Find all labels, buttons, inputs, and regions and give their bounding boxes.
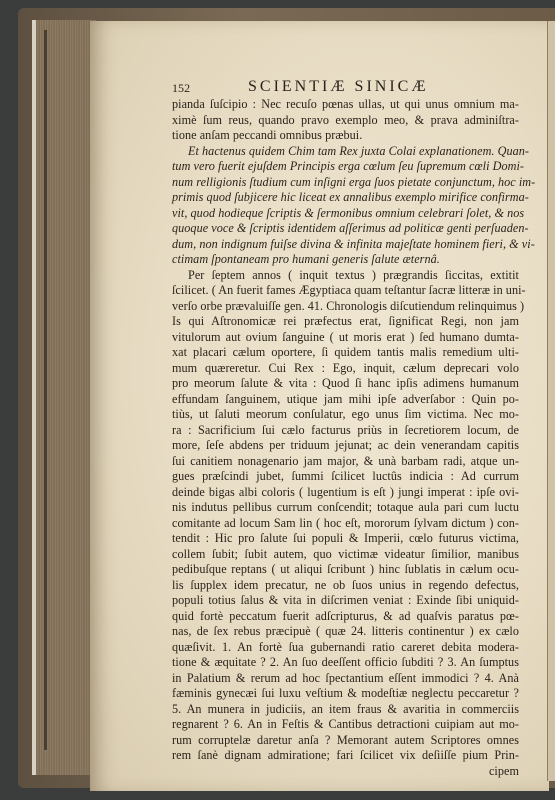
text-line: tione anſam peccandi omnibus præbui. [172, 128, 519, 144]
text-line: gues præſcindi jubet, ſummi ſcilicet luc… [172, 469, 519, 485]
text-line: ſcilicet. ( An fuerit fames Ægyptiaca qu… [172, 283, 519, 299]
text-line: quid fortè peccatum fuerit adſcripturus,… [172, 609, 519, 625]
spine-crack [44, 30, 47, 750]
text-line: deinde bigas albi coloris ( lugentium is… [172, 485, 519, 501]
text-line: num relligionis ſtudium cum inſigni erga… [172, 175, 519, 191]
text-line: more, ſeſe abdens per triduum jejunat; a… [172, 438, 519, 454]
text-line: nas, de ſex rebus præcipuè ( quæ 24. lit… [172, 624, 519, 640]
text-line: vit, quod hodieque ſcriptis & ſermonibus… [172, 206, 519, 222]
text-line: pro meorum ſalute & vita : Quod ſi hanc … [172, 376, 519, 392]
text-line: quoque voce & ſcriptis identidem aſſerim… [172, 221, 519, 237]
text-line: regnarent ? 6. An in Feſtis & Cantibus d… [172, 717, 519, 733]
text-line: comitante ad locum Sam lin ( hoc eſt, mo… [172, 516, 519, 532]
text-line: xat placari cælum oportere, ſi quidem ta… [172, 345, 519, 361]
page-edges-left [32, 20, 96, 775]
text-line: verſo orbe prævaluiſſe gen. 41. Chronolo… [172, 299, 519, 315]
running-head: 152 SCIENTIÆ SINICÆ [172, 79, 519, 97]
text-line: rem ſanè dignam admiratione; fari ſcilic… [172, 748, 519, 764]
catchword: cipem [172, 764, 519, 780]
text-line: primis quod ſubjicere hic liceat ex anna… [172, 190, 519, 206]
text-line: Et hactenus quidem Chim tam Rex juxta Co… [172, 144, 519, 160]
text-line: tum vero fuerit ejuſdem Principis erga c… [172, 159, 519, 175]
text-line: vitulorum aut ovium ſanguine ( ut moris … [172, 330, 519, 346]
text-line: ctimam ſpontaneam pro humani generis ſal… [172, 252, 519, 268]
text-line: Is qui Aſtronomicæ rei præfectus erat, ſ… [172, 314, 519, 330]
page-text: 152 SCIENTIÆ SINICÆ pianda ſuſcipio : Ne… [172, 79, 519, 779]
text-line: tiùs, ut ſaluti meorum conſulatur, ego u… [172, 407, 519, 423]
text-line: nis indutus pellibus currum conſcendit; … [172, 500, 519, 516]
text-line: ſui canitiem nonagenario jam major, & un… [172, 454, 519, 470]
text-line: dum, non indignum fuiſse divina & infini… [172, 237, 519, 253]
text-line: lis ſupplex idem precatur, ne ob ſuos un… [172, 578, 519, 594]
text-line: in Palatium & rerum ad hoc ſpectantium e… [172, 671, 519, 687]
running-title: SCIENTIÆ SINICÆ [248, 79, 429, 95]
text-line: ximè ſum reus, quando pravo exemplo meo,… [172, 113, 519, 129]
paragraph: pianda ſuſcipio : Nec recuſo pœnas ullas… [172, 97, 519, 144]
text-line: pedibuſque reptans ( ut aliqui ſcribunt … [172, 562, 519, 578]
text-line: tendit : Hic pro ſalute ſui populi & Imp… [172, 531, 519, 547]
text-line: Per ſeptem annos ( inquit textus ) prægr… [172, 268, 519, 284]
text-line: mum quæreretur. Cui Rex : Ego, inquit, c… [172, 361, 519, 377]
text-line: 5. An munera in judiciis, an item fraus … [172, 702, 519, 718]
text-line: ra : Sacrificium ſui cælo facturus priùs… [172, 423, 519, 439]
text-line: populi totius ſalus & vita in diſcrimen … [172, 593, 519, 609]
paragraph-italic: Et hactenus quidem Chim tam Rex juxta Co… [172, 144, 519, 268]
text-line: rum corruptelæ daretur anſa ? Memorant a… [172, 733, 519, 749]
text-line: quæſivit. 1. An fortè ſua gubernandi rat… [172, 640, 519, 656]
text-line: collem ſubit; ſubit autem, quo victimæ v… [172, 547, 519, 563]
text-line: pianda ſuſcipio : Nec recuſo pœnas ullas… [172, 97, 519, 113]
paragraph: Per ſeptem annos ( inquit textus ) prægr… [172, 268, 519, 764]
page-number: 152 [172, 81, 190, 97]
text-line: effundam ſanguinem, utique jam mihi ipſe… [172, 392, 519, 408]
text-line: fæminis gynecæi ſui luxu veſtium & modeſ… [172, 686, 519, 702]
page-edge-right [547, 21, 555, 781]
text-line: tione & æquitate ? 2. An ſuo deeſſent of… [172, 655, 519, 671]
